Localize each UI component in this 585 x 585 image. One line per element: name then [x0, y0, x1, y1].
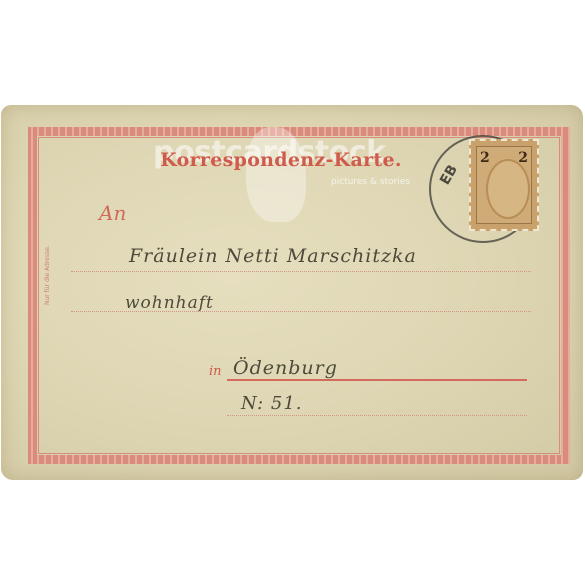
postmark-town: EB	[437, 162, 461, 188]
address-line-2: wohnhaft	[125, 293, 214, 313]
city-rule	[227, 379, 527, 381]
stamp-value-right: 2	[518, 150, 528, 166]
city-prefix: in	[209, 364, 222, 379]
address-rule-2	[71, 311, 531, 312]
address-rule-4	[227, 415, 527, 416]
postcard: postcardstock pictures & stories Korresp…	[1, 105, 583, 480]
address-line-3: Ödenburg	[233, 357, 338, 379]
address-line-1: Fräulein Netti Marschitzka	[129, 245, 417, 267]
watermark-tagline: pictures & stories	[331, 177, 410, 187]
address-only-note: Nur für die Adresse.	[44, 245, 51, 305]
card-title: Korrespondenz-Karte.	[151, 149, 411, 171]
portrait-icon	[486, 159, 530, 219]
address-rule-1	[71, 271, 531, 272]
recipient-prefix: An	[99, 201, 126, 225]
stamp-face: 2 2	[476, 146, 532, 224]
postage-stamp: 2 2	[469, 139, 539, 231]
stamp-value-left: 2	[480, 150, 490, 166]
address-line-4: N: 51.	[241, 393, 303, 414]
